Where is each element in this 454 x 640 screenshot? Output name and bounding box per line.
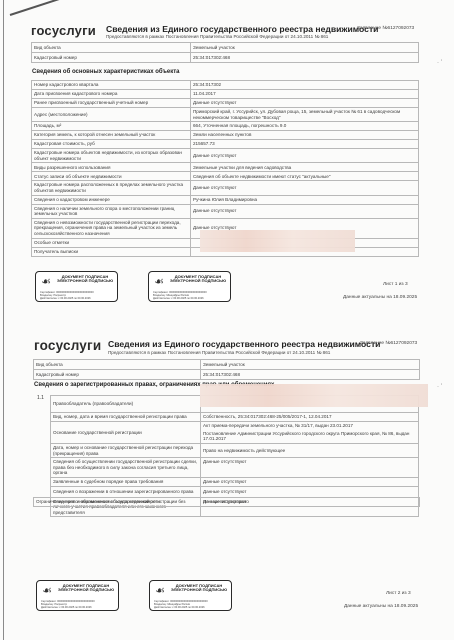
table-row: Дата присвоения кадастрового номера11.04… bbox=[32, 90, 419, 99]
row-value: Акт приема-передачи земельного участка, … bbox=[201, 422, 419, 444]
row-value: Не зарегистрировано bbox=[201, 498, 420, 507]
stamp-title: ДОКУМЕНТ ПОДПИСАН ЭЛЕКТРОННОЙ ПОДПИСЬЮ bbox=[57, 584, 115, 593]
table-row: Кадастровый номер 25:34:017302:468 bbox=[34, 370, 420, 380]
row-label: Дата присвоения кадастрового номера bbox=[32, 90, 191, 99]
signature-stamp: ☙ ДОКУМЕНТ ПОДПИСАН ЭЛЕКТРОННОЙ ПОДПИСЬЮ… bbox=[36, 580, 119, 611]
row-label: Особые отметки bbox=[32, 238, 191, 247]
row-label: Кадастровые номера расположенных в преде… bbox=[32, 181, 191, 195]
statement-number: Заявление №6127092073 bbox=[357, 26, 414, 31]
table-row: Ограничение прав и обременение объекта н… bbox=[34, 498, 420, 507]
sheet-number: Лист 1 из 3 bbox=[383, 282, 408, 287]
row-label: Статус записи об объекте недвижимости bbox=[32, 172, 191, 181]
table-row: Кадастровый номер 25:34:017302:468 bbox=[32, 53, 419, 63]
sheet-number: Лист 2 из 3 bbox=[386, 591, 411, 596]
row-value: Ручкина Юлия Владимировна bbox=[191, 195, 419, 204]
row-label: Сведения о возражении в отношении зареги… bbox=[51, 486, 201, 497]
table-row: Сведения о кадастровом инженереРучкина Ю… bbox=[32, 195, 419, 204]
row-label: Номер кадастрового квартала bbox=[32, 81, 191, 90]
row-label: Вид, номер, дата и время государственной… bbox=[51, 413, 201, 422]
row-label: Виды разрешенного использования bbox=[32, 163, 191, 172]
page-1: госуслуги Сведения из Единого государств… bbox=[0, 0, 454, 318]
row-value: Право на недвижимость действующее bbox=[201, 444, 419, 458]
signature-stamp: ☙ ДОКУМЕНТ ПОДПИСАН ЭЛЕКТРОННОЙ ПОДПИСЬЮ… bbox=[35, 271, 118, 302]
row-label: Площадь, м² bbox=[32, 122, 191, 131]
row-value: Сведения об объекте недвижимости имеют с… bbox=[191, 172, 419, 181]
page-2: госуслуги Сведения из Единого государств… bbox=[0, 318, 454, 640]
row-value: Данные отсутствуют bbox=[191, 181, 419, 195]
row-value: 11.04.2017 bbox=[191, 90, 419, 99]
scan-mark: · ʼ bbox=[437, 60, 442, 66]
scan-mark: · ʼ bbox=[437, 384, 442, 390]
row-label: Сведения об осуществлении государственно… bbox=[51, 458, 201, 478]
item-number: 1.1 bbox=[37, 395, 44, 401]
logo-swoosh-icon bbox=[10, 0, 70, 16]
table-row: Номер кадастрового квартала25:34:017302 bbox=[32, 81, 419, 90]
row-label: Вид объекта bbox=[34, 360, 201, 370]
object-header-table: Вид объекта Земельный участок Кадастровы… bbox=[33, 359, 420, 380]
row-label: Сведения о кадастровом инженере bbox=[32, 195, 191, 204]
gosuslugi-logo: госуслуги bbox=[34, 338, 101, 353]
stamp-validity: Действителен: с 00.00.2025 по 00.00.2026 bbox=[40, 297, 114, 300]
row-label: Вид объекта bbox=[32, 43, 191, 53]
table-row: Сведения о наличии земельного спора о ме… bbox=[32, 204, 419, 218]
row-label: Ранее присвоенный государственный учетны… bbox=[32, 99, 191, 108]
document-subtitle: Предоставляются в рамках Постановления П… bbox=[106, 34, 328, 39]
table-row: Категория земель, к которой отнесен земе… bbox=[32, 131, 419, 140]
data-actual-date: Данные актуальны на 18.09.2025 bbox=[344, 604, 418, 609]
table-row: Кадастровая стоимость, руб215657.73 bbox=[32, 140, 419, 149]
row-value: Данные отсутствуют bbox=[201, 458, 419, 478]
row-value: Данные отсутствуют bbox=[191, 149, 419, 163]
coat-of-arms-icon: ☙ bbox=[41, 585, 53, 597]
basis-line-2: Постановление Администрации Уссурийского… bbox=[203, 431, 416, 442]
table-row: Сведения о возражении в отношении зареги… bbox=[51, 486, 419, 497]
row-label: Сведения о невозможности государственной… bbox=[32, 218, 191, 238]
row-value: Данные отсутствуют bbox=[201, 477, 419, 486]
redacted-area bbox=[200, 230, 355, 252]
section-title: Сведения об основных характеристиках объ… bbox=[32, 69, 180, 75]
row-label: Адрес (местоположение) bbox=[32, 108, 191, 122]
row-label: Основание государственной регистрации bbox=[51, 422, 201, 444]
table-row: Вид, номер, дата и время государственной… bbox=[51, 413, 419, 422]
table-row: Ранее присвоенный государственный учетны… bbox=[32, 99, 419, 108]
stamp-title: ДОКУМЕНТ ПОДПИСАН ЭЛЕКТРОННОЙ ПОДПИСЬЮ bbox=[170, 584, 228, 593]
row-label: Кадастровый номер bbox=[32, 53, 191, 63]
row-value: 215657.73 bbox=[191, 140, 419, 149]
object-header-table: Вид объекта Земельный участок Кадастровы… bbox=[31, 42, 419, 63]
row-value: Данные отсутствуют bbox=[201, 486, 419, 497]
row-value: Земельный участок bbox=[191, 43, 419, 53]
row-label: Кадастровый номер bbox=[34, 370, 201, 380]
row-value: 664, Уточненная площадь, погрешность 9.0 bbox=[191, 122, 419, 131]
data-actual-date: Данные актуальны на 18.09.2025 bbox=[343, 295, 417, 300]
table-row: Площадь, м²664, Уточненная площадь, погр… bbox=[32, 122, 419, 131]
document-subtitle: Предоставляются в рамках Постановления П… bbox=[108, 350, 330, 355]
stamp-title: ДОКУМЕНТ ПОДПИСАН ЭЛЕКТРОННОЙ ПОДПИСЬЮ bbox=[56, 275, 114, 284]
limitations-table: Ограничение прав и обременение объекта н… bbox=[33, 497, 420, 507]
row-value: Земельный участок bbox=[201, 360, 420, 370]
row-value: 25:34:017302:468 bbox=[191, 53, 419, 63]
table-row: Вид объекта Земельный участок bbox=[32, 43, 419, 53]
coat-of-arms-icon: ☙ bbox=[154, 585, 166, 597]
row-label: Кадастровые номера объектов недвижимости… bbox=[32, 149, 191, 163]
row-value: Данные отсутствуют bbox=[191, 99, 419, 108]
stamp-validity: Действителен: с 00.00.2025 по 00.00.2026 bbox=[153, 297, 227, 300]
table-row: Дата, номер и основание государственной … bbox=[51, 444, 419, 458]
gosuslugi-logo: госуслуги bbox=[31, 23, 96, 38]
stamp-validity: Действителен: с 00.00.2025 по 00.00.2026 bbox=[154, 606, 228, 609]
stamp-validity: Действителен: с 00.00.2025 по 00.00.2026 bbox=[41, 606, 115, 609]
row-label: Правообладатель (правообладатели) bbox=[51, 396, 201, 413]
statement-number: Заявление №6127092073 bbox=[360, 341, 417, 346]
row-label: Сведения о наличии земельного спора о ме… bbox=[32, 204, 191, 218]
row-value: Данные отсутствуют bbox=[191, 204, 419, 218]
stamp-title: ДОКУМЕНТ ПОДПИСАН ЭЛЕКТРОННОЙ ПОДПИСЬЮ bbox=[169, 275, 227, 284]
coat-of-arms-icon: ☙ bbox=[153, 276, 165, 288]
signature-stamp: ☙ ДОКУМЕНТ ПОДПИСАН ЭЛЕКТРОННОЙ ПОДПИСЬЮ… bbox=[148, 271, 231, 302]
row-label: Дата, номер и основание государственной … bbox=[51, 444, 201, 458]
redacted-area bbox=[200, 384, 428, 407]
table-row: Заявленные в судебном порядке права треб… bbox=[51, 477, 419, 486]
coat-of-arms-icon: ☙ bbox=[40, 276, 52, 288]
document-title: Сведения из Единого государственного рее… bbox=[108, 339, 380, 349]
table-row: Адрес (местоположение)Приморский край, г… bbox=[32, 108, 419, 122]
row-label: Ограничение прав и обременение объекта н… bbox=[34, 498, 201, 507]
row-label: Кадастровая стоимость, руб bbox=[32, 140, 191, 149]
row-label: Заявленные в судебном порядке права треб… bbox=[51, 477, 201, 486]
table-row: Кадастровые номера объектов недвижимости… bbox=[32, 149, 419, 163]
row-value: Земельные участки для ведения садоводств… bbox=[191, 163, 419, 172]
row-value: Земли населенных пунктов bbox=[191, 131, 419, 140]
row-label: Категория земель, к которой отнесен земе… bbox=[32, 131, 191, 140]
row-label: Получатель выписки bbox=[32, 247, 191, 256]
row-value: Собственность, 25:34:017302:468-25/005/2… bbox=[201, 413, 419, 422]
table-row: Сведения об осуществлении государственно… bbox=[51, 458, 419, 478]
table-row: Кадастровые номера расположенных в преде… bbox=[32, 181, 419, 195]
table-row: Виды разрешенного использованияЗемельные… bbox=[32, 163, 419, 172]
document-title: Сведения из Единого государственного рее… bbox=[106, 24, 378, 34]
signature-stamp: ☙ ДОКУМЕНТ ПОДПИСАН ЭЛЕКТРОННОЙ ПОДПИСЬЮ… bbox=[149, 580, 232, 611]
basis-line-1: Акт приема-передачи земельного участка, … bbox=[203, 423, 416, 429]
table-row: Вид объекта Земельный участок bbox=[34, 360, 420, 370]
row-value: Приморский край, г. Уссурийск, ул. Дубов… bbox=[191, 108, 419, 122]
row-value: 25:34:017302:468 bbox=[201, 370, 420, 380]
table-row: Статус записи об объекте недвижимостиСве… bbox=[32, 172, 419, 181]
table-row: Основание государственной регистрации Ак… bbox=[51, 422, 419, 444]
row-value: 25:34:017302 bbox=[191, 81, 419, 90]
